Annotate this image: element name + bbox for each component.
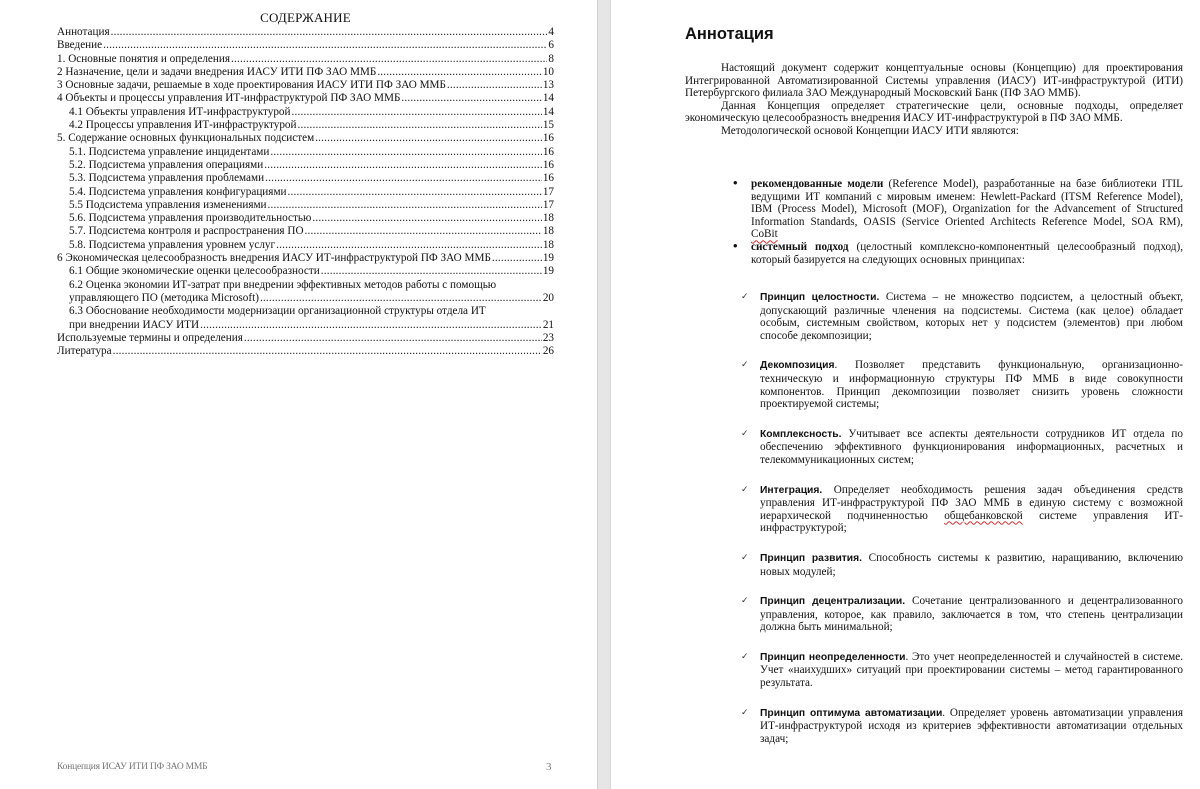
toc-leader-dots bbox=[113, 345, 542, 358]
toc-entry[interactable]: 4 Объекты и процессы управления ИТ-инфра… bbox=[57, 92, 554, 105]
toc-page-number: 14 bbox=[543, 92, 554, 105]
principle-title: Интеграция. bbox=[760, 485, 822, 496]
toc-leader-dots bbox=[231, 53, 547, 66]
toc-page-number: 4 bbox=[548, 26, 554, 39]
toc-entry-text: 6.1 Общие экономические оценки целесообр… bbox=[69, 265, 320, 278]
principle-title: Принцип оптимума автоматизации bbox=[760, 708, 942, 719]
toc-entry-text: 5.7. Подсистема контроля и распространен… bbox=[69, 225, 304, 238]
toc-leader-dots bbox=[103, 39, 547, 52]
bullet-item-system-approach: • системный подход (целостный комплексно… bbox=[733, 241, 1183, 266]
toc-page-number: 20 bbox=[543, 292, 554, 305]
toc-entry-text: Аннотация bbox=[57, 26, 110, 39]
page-gutter bbox=[597, 0, 611, 789]
toc-page-number: 19 bbox=[543, 265, 554, 278]
toc-entry-text: управляющего ПО (методика Microsoft) bbox=[69, 292, 259, 305]
toc-entry-text: 6.3 Обоснование необходимости модернизац… bbox=[69, 305, 554, 318]
toc-entry[interactable]: 5.2. Подсистема управления операциями16 bbox=[57, 159, 554, 172]
toc-entry[interactable]: Аннотация4 bbox=[57, 26, 554, 39]
principle-item: ✓Принцип неопределенности. Это учет неоп… bbox=[741, 651, 1183, 690]
principle-item: ✓Принцип децентрализации. Сочетание цент… bbox=[741, 595, 1183, 634]
bullet-term: рекомендованные модели bbox=[751, 178, 883, 190]
toc-leader-dots bbox=[276, 239, 542, 252]
toc-entry-text: 4.2 Процессы управления ИТ-инфраструктур… bbox=[69, 119, 297, 132]
paragraph: Данная Концепция определяет стратегическ… bbox=[685, 100, 1183, 125]
principle-item: ✓Комплексность. Учитывает все аспекты де… bbox=[741, 428, 1183, 467]
toc-title: СОДЕРЖАНИЕ bbox=[57, 10, 554, 26]
principle-title: Принцип децентрализации. bbox=[760, 596, 905, 607]
toc-leader-dots bbox=[298, 119, 542, 132]
toc-entry[interactable]: 5.4. Подсистема управления конфигурациям… bbox=[57, 186, 554, 199]
toc-entry-text: 5.5 Подсистема управления изменениями bbox=[69, 199, 267, 212]
toc-leader-dots bbox=[377, 66, 542, 79]
toc-entry-text: 5.1. Подсистема управление инцидентами bbox=[69, 146, 269, 159]
toc-entry[interactable]: 3 Основные задачи, решаемые в ходе проек… bbox=[57, 79, 554, 92]
toc-leader-dots bbox=[268, 199, 542, 212]
toc-entry[interactable]: 5.8. Подсистема управления уровнем услуг… bbox=[57, 239, 554, 252]
toc-entry-text: 5.4. Подсистема управления конфигурациям… bbox=[69, 186, 287, 199]
toc-page-number: 10 bbox=[543, 66, 554, 79]
toc-entry[interactable]: 6.3 Обоснование необходимости модернизац… bbox=[57, 305, 554, 332]
toc-entry-text: 5.2. Подсистема управления операциями bbox=[69, 159, 263, 172]
toc-leader-dots bbox=[264, 159, 542, 172]
bullet-term: системный подход bbox=[751, 241, 849, 253]
bullet-icon: • bbox=[733, 177, 738, 190]
toc-entry[interactable]: 4.1 Объекты управления ИТ-инфраструктуро… bbox=[57, 106, 554, 119]
spellcheck-flagged-word[interactable]: CoBit bbox=[751, 228, 778, 240]
checkmark-icon: ✓ bbox=[741, 707, 749, 720]
toc-entry[interactable]: 6.2 Оценка экономии ИТ-затрат при внедре… bbox=[57, 279, 554, 306]
toc-entry-text: 5. Содержание основных функциональных по… bbox=[57, 132, 314, 145]
checkmark-icon: ✓ bbox=[741, 651, 749, 664]
toc-page-number: 21 bbox=[543, 319, 554, 332]
toc-entry[interactable]: 4.2 Процессы управления ИТ-инфраструктур… bbox=[57, 119, 554, 132]
toc-entry[interactable]: Литература26 bbox=[57, 345, 554, 358]
principle-title: Принцип неопределенности bbox=[760, 652, 905, 663]
toc-leader-dots bbox=[305, 225, 542, 238]
toc-entry[interactable]: 1. Основные понятия и определения8 bbox=[57, 53, 554, 66]
toc-leader-dots bbox=[447, 79, 542, 92]
annotation-paragraphs: Настоящий документ содержит концептуальн… bbox=[685, 62, 1183, 138]
toc-page-number: 26 bbox=[543, 345, 554, 358]
spellcheck-flagged-word[interactable]: общебанковской bbox=[944, 510, 1023, 522]
toc-entry[interactable]: 6 Экономическая целесообразность внедрен… bbox=[57, 252, 554, 265]
toc-page-number: 18 bbox=[543, 239, 554, 252]
toc-entry[interactable]: 2 Назначение, цели и задачи внедрения ИА… bbox=[57, 66, 554, 79]
toc-page-number: 17 bbox=[543, 199, 554, 212]
toc-leader-dots bbox=[260, 292, 542, 305]
checkmark-icon: ✓ bbox=[741, 595, 749, 608]
toc-entry-text: 4 Объекты и процессы управления ИТ-инфра… bbox=[57, 92, 400, 105]
checkmark-icon: ✓ bbox=[741, 359, 749, 372]
toc-entry[interactable]: 5. Содержание основных функциональных по… bbox=[57, 132, 554, 145]
toc-page-number: 6 bbox=[548, 39, 554, 52]
principle-title: Декомпозиция bbox=[760, 360, 834, 371]
toc-entry[interactable]: 6.1 Общие экономические оценки целесообр… bbox=[57, 265, 554, 278]
document-page-toc: СОДЕРЖАНИЕ Аннотация4Введение61. Основны… bbox=[0, 0, 597, 789]
toc-leader-dots bbox=[315, 132, 542, 145]
toc-entry-text: 6 Экономическая целесообразность внедрен… bbox=[57, 252, 491, 265]
toc-page-number: 16 bbox=[543, 172, 554, 185]
checkmark-icon: ✓ bbox=[741, 291, 749, 304]
paragraph: Методологической основой Концепции ИАСУ … bbox=[685, 125, 1183, 138]
toc-page-number: 17 bbox=[543, 186, 554, 199]
toc-leader-dots bbox=[401, 92, 541, 105]
toc-leader-dots bbox=[200, 319, 542, 332]
toc-entry-text: при внедрении ИАСУ ИТИ bbox=[69, 319, 199, 332]
toc-entry-continuation: при внедрении ИАСУ ИТИ21 bbox=[69, 319, 554, 332]
toc-page-number: 18 bbox=[543, 212, 554, 225]
toc-entry-text: 4.1 Объекты управления ИТ-инфраструктуро… bbox=[69, 106, 291, 119]
page-number: 3 bbox=[546, 761, 552, 773]
toc-leader-dots bbox=[292, 106, 542, 119]
toc-page-number: 19 bbox=[543, 252, 554, 265]
toc-leader-dots bbox=[270, 146, 541, 159]
page-footer-text: Концепция ИСАУ ИТИ ПФ ЗАО ММБ bbox=[57, 762, 207, 772]
principle-item: ✓Принцип оптимума автоматизации. Определ… bbox=[741, 707, 1183, 746]
toc-entry[interactable]: 5.3. Подсистема управления проблемами16 bbox=[57, 172, 554, 185]
toc-entry-continuation: управляющего ПО (методика Microsoft)20 bbox=[69, 292, 554, 305]
toc-entry-text: Используемые термины и определения bbox=[57, 332, 243, 345]
toc-page-number: 14 bbox=[543, 106, 554, 119]
checkmark-icon: ✓ bbox=[741, 552, 749, 565]
principle-title: Комплексность. bbox=[760, 429, 842, 440]
toc-entry-text: Литература bbox=[57, 345, 112, 358]
toc-page-number: 23 bbox=[543, 332, 554, 345]
toc-page-number: 16 bbox=[543, 159, 554, 172]
toc-entry-text: 6.2 Оценка экономии ИТ-затрат при внедре… bbox=[69, 279, 554, 292]
toc-page-number: 15 bbox=[543, 119, 554, 132]
toc-leader-dots bbox=[265, 172, 542, 185]
toc-entry[interactable]: Используемые термины и определения23 bbox=[57, 332, 554, 345]
toc-entry-text: 5.8. Подсистема управления уровнем услуг bbox=[69, 239, 275, 252]
toc-entry[interactable]: 5.6. Подсистема управления производитель… bbox=[57, 212, 554, 225]
toc-leader-dots bbox=[244, 332, 542, 345]
principle-item: ✓Принцип развития. Способность системы к… bbox=[741, 552, 1183, 578]
annotation-heading: Аннотация bbox=[685, 25, 774, 44]
toc-entry-text: 5.6. Подсистема управления производитель… bbox=[69, 212, 311, 225]
paragraph: Настоящий документ содержит концептуальн… bbox=[685, 62, 1183, 100]
toc-entry-text: 5.3. Подсистема управления проблемами bbox=[69, 172, 264, 185]
toc-leader-dots bbox=[288, 186, 542, 199]
toc-entry-text: 3 Основные задачи, решаемые в ходе проек… bbox=[57, 79, 446, 92]
principles-checklist: ✓Принцип целостности. Система – не множе… bbox=[741, 291, 1183, 762]
toc-entry-text: Введение bbox=[57, 39, 102, 52]
toc-leader-dots bbox=[321, 265, 542, 278]
principle-title: Принцип целостности. bbox=[760, 292, 879, 303]
bullet-item-reference-models: • рекомендованные модели (Reference Mode… bbox=[733, 178, 1183, 241]
toc-leader-dots bbox=[492, 252, 542, 265]
toc-leader-dots bbox=[111, 26, 548, 39]
principle-title: Принцип развития. bbox=[760, 553, 862, 564]
toc-page-number: 18 bbox=[543, 225, 554, 238]
checkmark-icon: ✓ bbox=[741, 484, 749, 497]
toc-leader-dots bbox=[312, 212, 541, 225]
principle-item: ✓Принцип целостности. Система – не множе… bbox=[741, 291, 1183, 342]
table-of-contents: Аннотация4Введение61. Основные понятия и… bbox=[57, 26, 554, 358]
toc-entry[interactable]: 5.1. Подсистема управление инцидентами16 bbox=[57, 146, 554, 159]
toc-entry-text: 2 Назначение, цели и задачи внедрения ИА… bbox=[57, 66, 376, 79]
toc-page-number: 16 bbox=[543, 132, 554, 145]
checkmark-icon: ✓ bbox=[741, 428, 749, 441]
toc-page-number: 13 bbox=[543, 79, 554, 92]
toc-page-number: 8 bbox=[548, 53, 554, 66]
principle-item: ✓Декомпозиция. Позволяет представить фун… bbox=[741, 359, 1183, 410]
principle-item: ✓Интеграция. Определяет необходимость ре… bbox=[741, 484, 1183, 535]
toc-entry-text: 1. Основные понятия и определения bbox=[57, 53, 230, 66]
toc-entry[interactable]: 5.5 Подсистема управления изменениями17 bbox=[57, 199, 554, 212]
toc-page-number: 16 bbox=[543, 146, 554, 159]
toc-entry[interactable]: Введение6 bbox=[57, 39, 554, 52]
toc-entry[interactable]: 5.7. Подсистема контроля и распространен… bbox=[57, 225, 554, 238]
methodology-bullet-list: • рекомендованные модели (Reference Mode… bbox=[733, 178, 1183, 266]
bullet-icon: • bbox=[733, 240, 738, 253]
